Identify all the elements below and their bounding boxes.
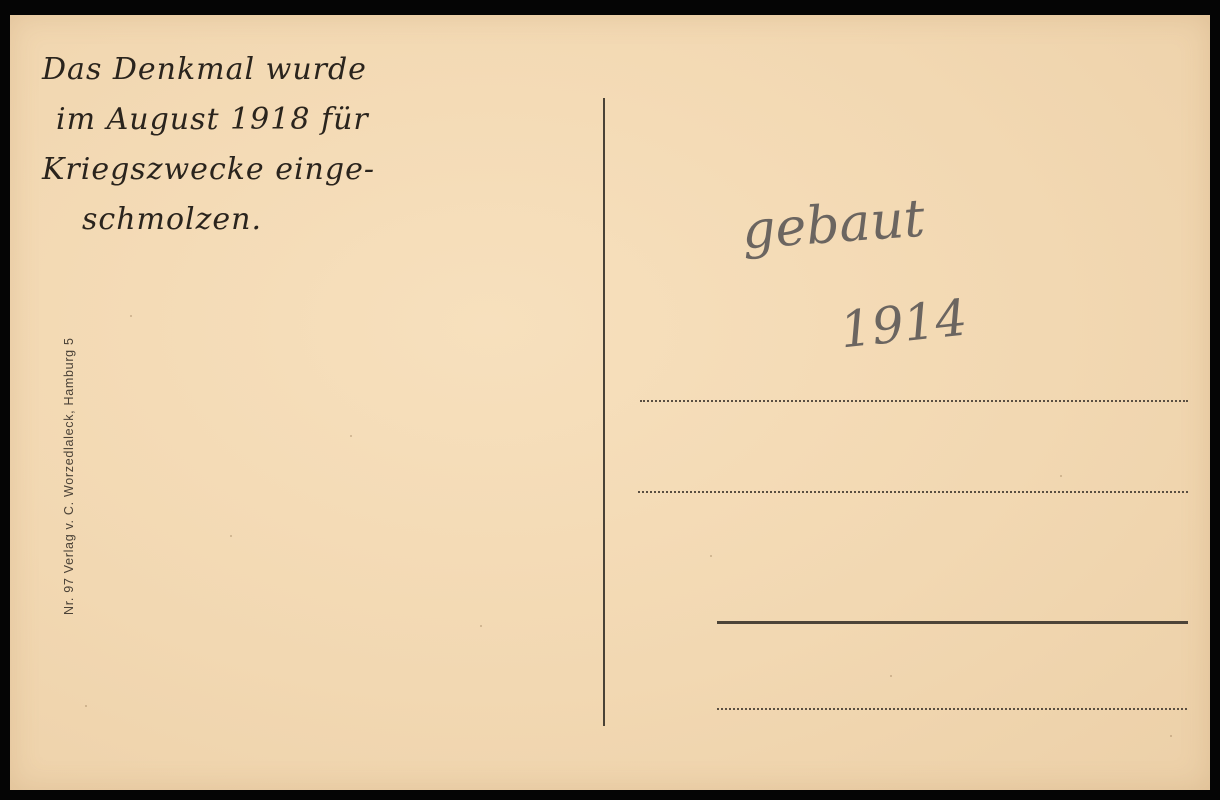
address-line-1: [640, 400, 1188, 402]
center-divider-line: [603, 98, 605, 726]
postcard-back: Nr. 97 Verlag v. C. Worzedlaleck, Hambur…: [10, 15, 1210, 790]
handwritten-message: Das Denkmal wurde im August 1918 für Kri…: [42, 45, 375, 245]
address-line-2: [638, 491, 1188, 493]
paper-speck: [230, 535, 232, 537]
paper-speck: [1060, 475, 1062, 477]
paper-speck: [85, 705, 87, 707]
message-line: Das Denkmal wurde: [42, 45, 375, 95]
paper-speck: [480, 625, 482, 627]
paper-speck: [710, 555, 712, 557]
message-line: im August 1918 für: [42, 95, 375, 145]
address-line-4: [717, 708, 1187, 710]
publisher-imprint: Nr. 97 Verlag v. C. Worzedlaleck, Hambur…: [62, 337, 76, 615]
message-line: schmolzen.: [42, 195, 375, 245]
paper-speck: [130, 315, 132, 317]
message-line: Kriegszwecke einge-: [42, 145, 375, 195]
pencil-note-word: gebaut: [740, 189, 926, 262]
paper-speck: [1170, 735, 1172, 737]
paper-speck: [350, 435, 352, 437]
paper-speck: [890, 675, 892, 677]
address-line-3: [717, 621, 1188, 624]
pencil-note-year: 1914: [837, 289, 970, 360]
